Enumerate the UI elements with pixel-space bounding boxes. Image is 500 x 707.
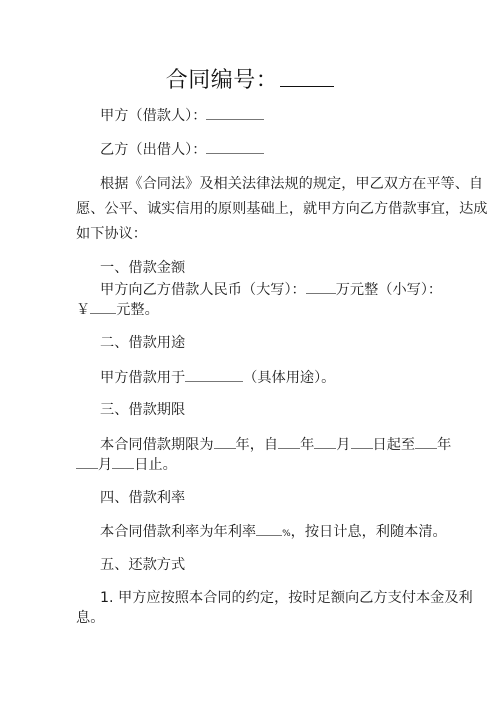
amount-uppercase-blank[interactable] bbox=[306, 279, 336, 294]
party-b-label: 乙方（出借人）： bbox=[100, 142, 206, 158]
section-5-heading: 五、还款方式 bbox=[100, 555, 185, 575]
section-3-line-1: 本合同借款期限为年，自年月日起至年 bbox=[100, 434, 451, 455]
section-1-heading: 一、借款金额 bbox=[100, 258, 185, 278]
section-4-line-1: 本合同借款利率为年利率%，按日计息，利随本清。 bbox=[100, 521, 447, 544]
amount-lowercase-label: 万元整（小写）： bbox=[336, 282, 442, 298]
contract-page: 合同编号： 甲方（借款人）： 乙方（出借人）： 根据《合同法》及相关法律法规的规… bbox=[0, 0, 500, 707]
purpose-label: 甲方借款用于 bbox=[100, 370, 185, 386]
yuan-symbol: ￥ bbox=[76, 302, 90, 318]
yuan-whole-label: 元整。 bbox=[116, 302, 159, 318]
end-year-blank[interactable] bbox=[415, 434, 437, 449]
section-5-line-2: 息。 bbox=[76, 608, 104, 628]
end-day-blank[interactable] bbox=[112, 454, 134, 469]
intro-line-2: 愿、公平、诚实信用的原则基础上，就甲方向乙方借款事宜，达成 bbox=[76, 199, 487, 219]
purpose-blank[interactable] bbox=[185, 367, 243, 382]
contract-number-blank[interactable] bbox=[280, 68, 334, 87]
term-label: 本合同借款期限为 bbox=[100, 437, 214, 453]
end-year-label: 年 bbox=[437, 437, 451, 453]
section-4-heading: 四、借款利率 bbox=[100, 488, 185, 508]
section-2-heading: 二、借款用途 bbox=[100, 333, 185, 353]
section-1-line-1: 甲方向乙方借款人民币（大写）：万元整（小写）： bbox=[100, 279, 442, 300]
percent-sign: % bbox=[282, 529, 291, 539]
end-day-label: 日止。 bbox=[134, 457, 177, 473]
party-a-label: 甲方（借款人）： bbox=[100, 108, 206, 124]
start-day-blank[interactable] bbox=[351, 434, 373, 449]
rate-label: 本合同借款利率为年利率 bbox=[100, 524, 256, 540]
amount-lowercase-blank[interactable] bbox=[90, 299, 116, 314]
rate-blank[interactable] bbox=[256, 521, 282, 536]
month-label: 月 bbox=[336, 437, 350, 453]
intro-line-3: 如下协议： bbox=[76, 224, 147, 244]
day-to-label: 日起至 bbox=[373, 437, 416, 453]
section-3-heading: 三、借款期限 bbox=[100, 400, 185, 420]
year-label: 年 bbox=[300, 437, 314, 453]
contract-number-title: 合同编号： bbox=[0, 63, 500, 94]
start-month-blank[interactable] bbox=[314, 434, 336, 449]
party-a-line: 甲方（借款人）： bbox=[100, 105, 264, 126]
party-a-blank[interactable] bbox=[206, 105, 264, 120]
section-5-line-1: 1. 甲方应按照本合同的约定，按时足额向乙方支付本金及利 bbox=[100, 588, 473, 608]
rate-suffix: ，按日计息，利随本清。 bbox=[291, 524, 447, 540]
contract-number-label: 合同编号： bbox=[166, 68, 279, 93]
intro-line-1: 根据《合同法》及相关法律法规的规定，甲乙双方在平等、自 bbox=[100, 174, 483, 194]
party-b-line: 乙方（出借人）： bbox=[100, 139, 264, 160]
term-from-label: 年，自 bbox=[236, 437, 279, 453]
section-2-line-1: 甲方借款用于（具体用途）。 bbox=[100, 367, 335, 388]
term-years-blank[interactable] bbox=[214, 434, 236, 449]
purpose-suffix: （具体用途）。 bbox=[243, 370, 335, 386]
amount-uppercase-label: 甲方向乙方借款人民币（大写）： bbox=[100, 282, 306, 298]
party-b-blank[interactable] bbox=[206, 139, 264, 154]
section-3-line-2: 月日止。 bbox=[76, 454, 177, 475]
start-year-blank[interactable] bbox=[278, 434, 300, 449]
end-month-blank[interactable] bbox=[76, 454, 98, 469]
end-month-label: 月 bbox=[98, 457, 112, 473]
section-1-line-2: ￥元整。 bbox=[76, 299, 159, 320]
